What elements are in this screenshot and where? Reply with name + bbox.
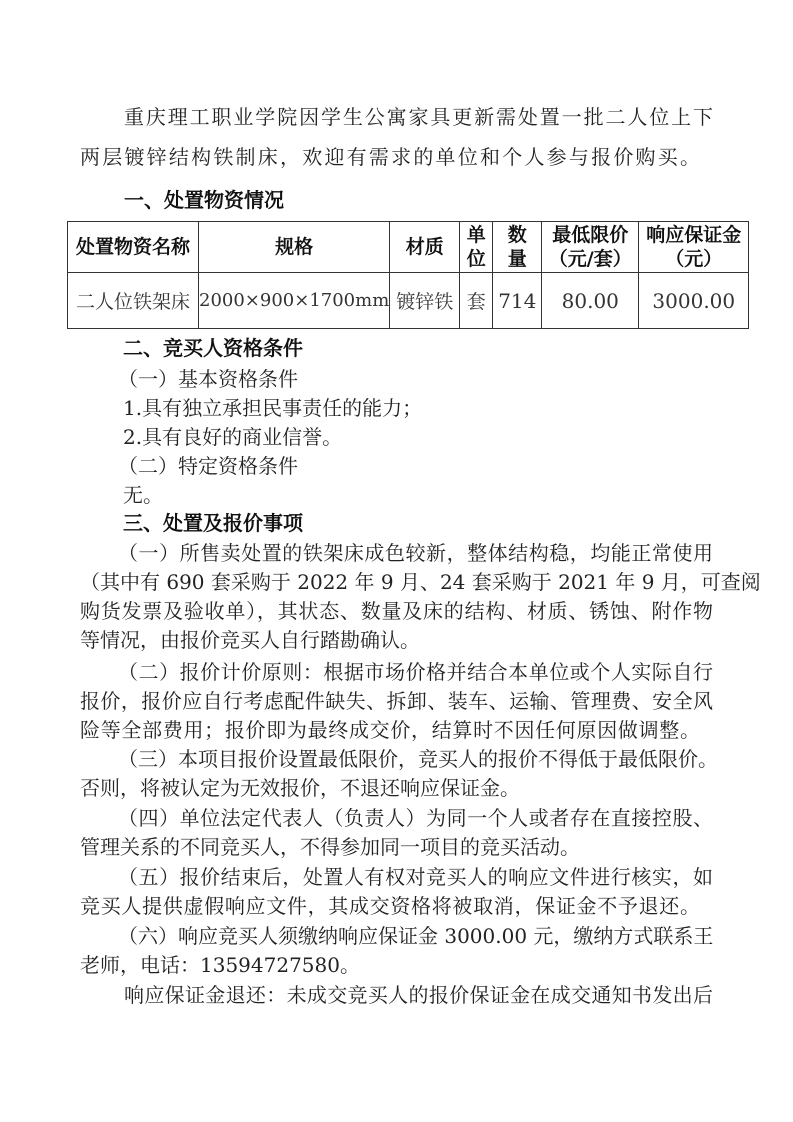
cell-deposit: 3000.00 <box>639 273 749 329</box>
p6-line-2: 老师，电话：13594727580。 <box>80 953 360 977</box>
p5-line-1: （五）报价结束后，处置人有权对竞买人的响应文件进行核实，如 <box>118 865 713 889</box>
header-quantity-line2: 量 <box>493 247 541 271</box>
header-quantity: 数 量 <box>493 222 542 273</box>
cell-quantity: 714 <box>493 273 542 329</box>
header-material: 材质 <box>390 222 460 273</box>
p1-line-2: （其中有 690 套采购于 2022 年 9 月、24 套采购于 2021 年 … <box>80 570 713 594</box>
header-name: 处置物资名称 <box>68 222 199 273</box>
section-3-heading: 三、处置及报价事项 <box>123 511 303 535</box>
cell-spec: 2000×900×1700mm <box>199 273 390 329</box>
p4-line-1: （四）单位法定代表人（负责人）为同一个人或者存在直接控股、 <box>118 806 713 830</box>
section-2-heading: 二、竞买人资格条件 <box>123 336 303 360</box>
cell-unit: 套 <box>460 273 493 329</box>
materials-table: 处置物资名称 规格 材质 单 位 数 量 最低限价 （元/套） 响应保证金 （元… <box>67 221 749 329</box>
p2-line-1: （二）报价计价原则：根据市场价格并结合本单位或个人实际自行 <box>118 660 713 684</box>
intro-line-1: 重庆理工职业学院因学生公寓家具更新需处置一批二人位上下 <box>124 105 713 129</box>
p5-line-2: 竞买人提供虚假响应文件，其成交资格将被取消，保证金不予退还。 <box>80 894 700 918</box>
header-unit: 单 位 <box>460 222 493 273</box>
table-header-row: 处置物资名称 规格 材质 单 位 数 量 最低限价 （元/套） 响应保证金 （元… <box>68 222 749 273</box>
p1-line-4: 等情况，由报价竞买人自行踏勘确认。 <box>80 628 420 652</box>
p1-line-1: （一）所售卖处置的铁架床成色较新，整体结构稳，均能正常使用 <box>118 541 713 565</box>
intro-line-2: 两层镀锌结构铁制床，欢迎有需求的单位和个人参与报价购买。 <box>80 145 700 169</box>
header-spec: 规格 <box>199 222 390 273</box>
header-unit-line1: 单 <box>460 223 492 247</box>
header-deposit-line1: 响应保证金 <box>639 223 748 247</box>
cell-min-price: 80.00 <box>542 273 639 329</box>
header-deposit: 响应保证金 （元） <box>639 222 749 273</box>
p3-line-1: （三）本项目报价设置最低限价，竞买人的报价不得低于最低限价。 <box>118 747 713 771</box>
header-quantity-line1: 数 <box>493 223 541 247</box>
header-min-price-line1: 最低限价 <box>542 223 638 247</box>
p4-line-2: 管理关系的不同竞买人，不得参加同一项目的竞买活动。 <box>80 835 580 859</box>
section-2-none: 无。 <box>123 483 163 507</box>
section-2-item-1: 1.具有独立承担民事责任的能力； <box>123 396 422 420</box>
section-2-item-2: 2.具有良好的商业信誉。 <box>123 425 342 449</box>
p6-line-1: （六）响应竞买人须缴纳响应保证金 3000.00 元，缴纳方式联系王 <box>118 924 713 948</box>
p1-line-3: 购货发票及验收单），其状态、数量及床的结构、材质、锈蚀、附作物 <box>80 599 713 623</box>
header-deposit-line2: （元） <box>639 247 748 271</box>
cell-material: 镀锌铁 <box>390 273 460 329</box>
section-2-sub-1: （一）基本资格条件 <box>118 367 298 391</box>
p3-line-2: 否则，将被认定为无效报价，不退还响应保证金。 <box>80 776 520 800</box>
p2-line-2: 报价，报价应自行考虑配件缺失、拆卸、装车、运输、管理费、安全风 <box>80 689 713 713</box>
section-1-heading: 一、处置物资情况 <box>124 188 284 212</box>
p7-line-1: 响应保证金退还：未成交竞买人的报价保证金在成交通知书发出后 <box>124 983 713 1007</box>
p2-line-3: 险等全部费用；报价即为最终成交价，结算时不因任何原因做调整。 <box>80 718 700 742</box>
header-min-price: 最低限价 （元/套） <box>542 222 639 273</box>
section-2-sub-2: （二）特定资格条件 <box>118 454 298 478</box>
header-min-price-line2: （元/套） <box>542 247 638 271</box>
header-unit-line2: 位 <box>460 247 492 271</box>
table-row: 二人位铁架床 2000×900×1700mm 镀锌铁 套 714 80.00 3… <box>68 273 749 329</box>
cell-name: 二人位铁架床 <box>68 273 199 329</box>
